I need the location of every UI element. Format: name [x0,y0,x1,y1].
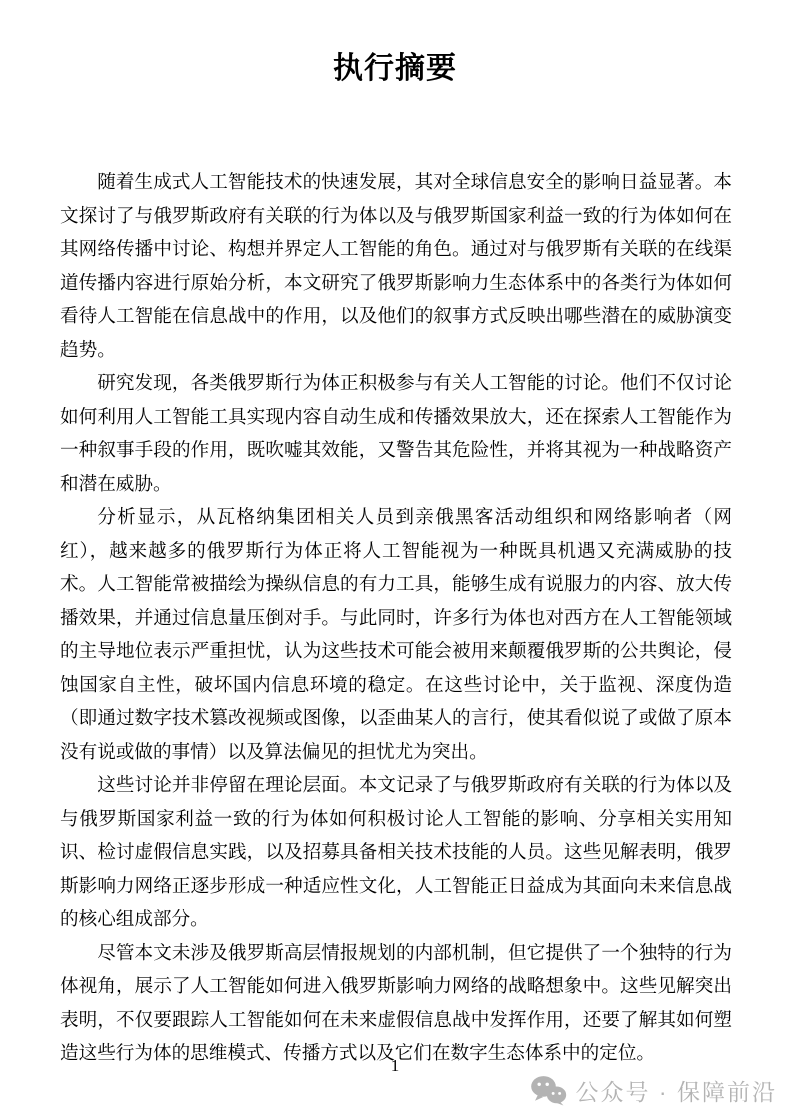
document-page: 执行摘要 随着生成式人工智能技术的快速发展，其对全球信息安全的影响日益显著。本文… [0,0,790,1117]
paragraph-1: 随着生成式人工智能技术的快速发展，其对全球信息安全的影响日益显著。本文探讨了与俄… [60,166,732,367]
paragraph-4: 这些讨论并非停留在理论层面。本文记录了与俄罗斯政府有关联的行为体以及与俄罗斯国家… [60,769,732,937]
paragraph-5: 尽管本文未涉及俄罗斯高层情报规划的内部机制，但它提供了一个独特的行为体视角，展示… [60,937,732,1071]
page-number: 1 [0,1056,790,1076]
page-title: 执行摘要 [0,50,790,88]
watermark: 公众号 · 保障前沿 [530,1074,777,1107]
watermark-text: 公众号 · 保障前沿 [576,1074,777,1107]
document-body: 随着生成式人工智能技术的快速发展，其对全球信息安全的影响日益显著。本文探讨了与俄… [60,166,732,1071]
paragraph-2: 研究发现，各类俄罗斯行为体正积极参与有关人工智能的讨论。他们不仅讨论如何利用人工… [60,367,732,501]
paragraph-3: 分析显示，从瓦格纳集团相关人员到亲俄黑客活动组织和网络影响者（网红），越来越多的… [60,501,732,769]
wechat-icon [530,1075,567,1106]
